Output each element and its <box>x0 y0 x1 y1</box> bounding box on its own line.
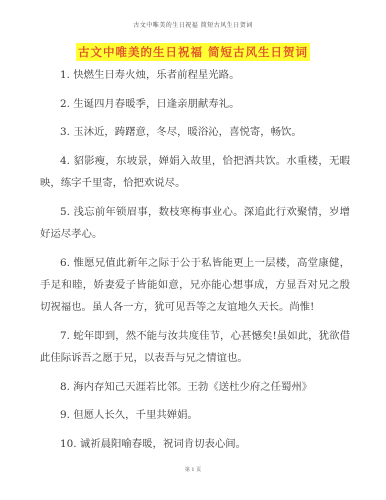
paragraph-8: 8. 海内存知己天涯若比邻。王勃《送杜少府之任蜀州》 <box>40 376 350 398</box>
page-number: 第 1 页 <box>0 466 386 473</box>
paragraph-6: 6. 惟愿兄值此新年之际于公于私皆能更上一层楼，高堂康健，手足和睦，娇妻爱子皆能… <box>40 252 350 319</box>
title-wrapper: 古文中唯美的生日祝福 简短古风生日贺词 <box>0 41 386 61</box>
document-title: 古文中唯美的生日祝福 简短古风生日贺词 <box>76 43 310 61</box>
paragraph-10: 10. 诚祈晨阳喻春暖，祝词肯切表心间。 <box>40 433 350 455</box>
paragraph-3: 3. 玉沐近，踌躇意，冬尽，暖浴沁，喜悦寄，畅饮。 <box>40 121 350 143</box>
paragraph-4: 4. 貂影瘦，东坡景，婵娟入故里，恰把酒共饮。水重楼，无暇映，练字千里寄，恰把欢… <box>40 150 350 195</box>
paragraph-7: 7. 蛇年即到，然不能与汝共度佳节，心甚憾矣!虽如此，犹欲借此佳际诉吾之愿于兄，… <box>40 325 350 370</box>
paragraph-9: 9. 但愿人长久，千里共婵娟。 <box>40 404 350 426</box>
paragraph-2: 2. 生诞四月春暖季，日逢亲朋献寿礼。 <box>40 93 350 115</box>
document-body: 1. 快燃生日寿火烛，乐者前程星光路。 2. 生诞四月春暖季，日逢亲朋献寿礼。 … <box>40 64 350 461</box>
paragraph-5: 5. 浅忘前年锁眉事，数枝寒梅事业心。深追此行欢聚情，岁增好运尽孝心。 <box>40 201 350 246</box>
paragraph-1: 1. 快燃生日寿火烛，乐者前程星光路。 <box>40 64 350 86</box>
page-header: 古文中唯美的生日祝福 简短古风生日贺词 <box>0 20 386 29</box>
